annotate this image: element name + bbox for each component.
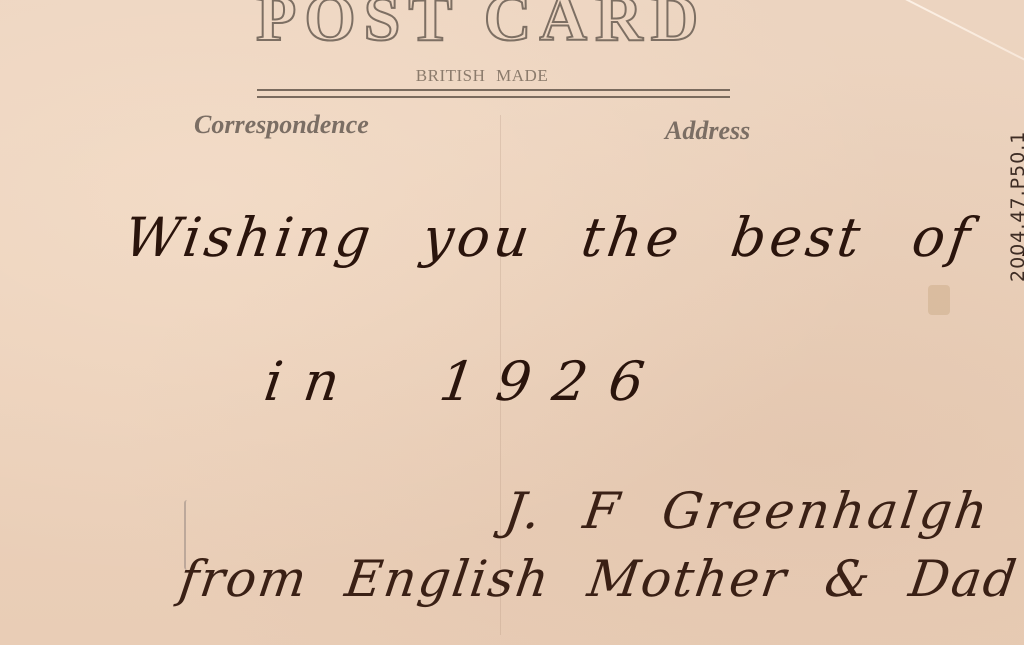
postcard-title: POST CARD	[256, 0, 736, 52]
correspondence-label: Correspondence	[194, 110, 369, 140]
closing-line: from English Mother & Dad	[176, 550, 1022, 608]
catalog-number: 2004.47.P50.1	[1007, 131, 1024, 282]
message-line-1: Wishing you the best of luck	[121, 206, 1024, 269]
address-label: Address	[665, 116, 750, 146]
british-made-label: BRITISH MADE	[0, 66, 994, 86]
signature: J. F Greenhalgh	[501, 482, 994, 540]
header-double-rule	[257, 89, 730, 98]
paper-stain	[928, 285, 950, 315]
message-line-2: in 1926	[261, 350, 670, 413]
postcard-back: POST CARD BRITISH MADE Correspondence Ad…	[0, 0, 1024, 645]
